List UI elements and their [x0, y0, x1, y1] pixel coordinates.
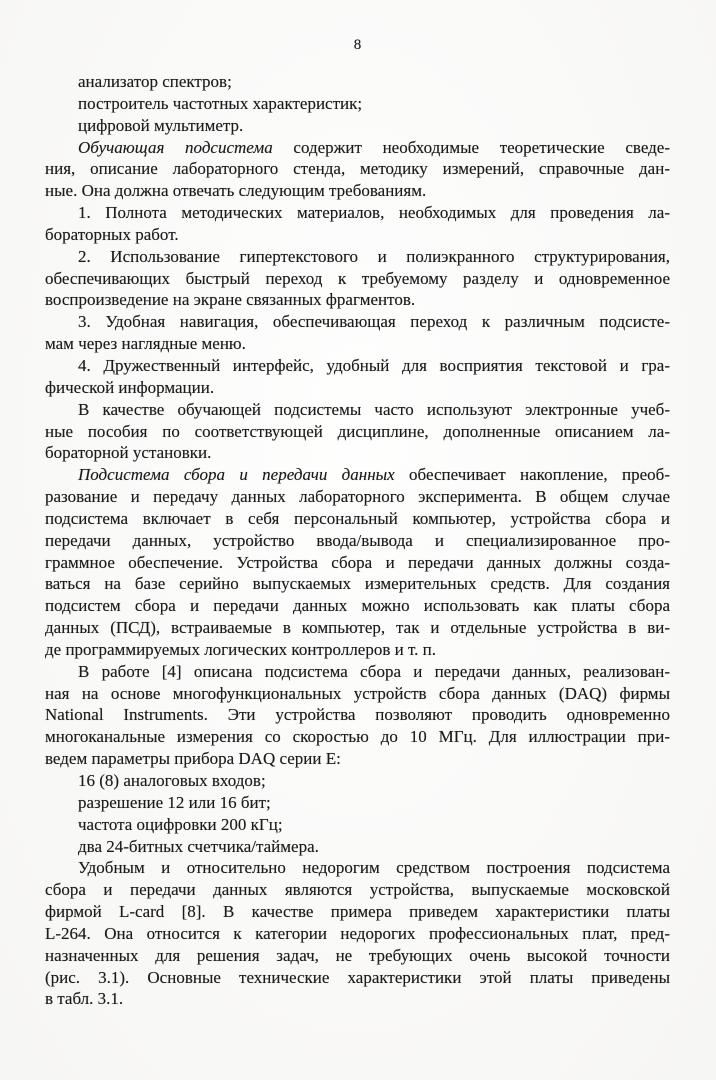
- text-run: 2. Использование гипертекстового и полиэ…: [78, 247, 670, 266]
- text-run: частота оцифровки 200 кГц;: [78, 815, 283, 834]
- text-run: ния, описание лабораторного стенда, мето…: [45, 159, 670, 178]
- text-run: L-264. Она относится к категории недорог…: [45, 924, 670, 943]
- text-line: В работе [4] описана подсистема сбора и …: [45, 661, 670, 683]
- text-run: многоканальные измерения со скоростью до…: [45, 727, 670, 746]
- paragraph: разрешение 12 или 16 бит;: [45, 792, 670, 814]
- paragraph: Обучающая подсистема содержит необходимы…: [45, 137, 670, 203]
- paragraph: построитель частотных характеристик;: [45, 93, 670, 115]
- text-line: фирмой L-card [8]. В качестве примера пр…: [45, 901, 670, 923]
- paragraph: 2. Использование гипертекстового и полиэ…: [45, 246, 670, 312]
- text-line: бораторной установки.: [45, 442, 670, 464]
- text-run: В работе [4] описана подсистема сбора и …: [78, 662, 670, 681]
- paragraph: два 24-битных счетчика/таймера.: [45, 836, 670, 858]
- text-run: сбора и передачи данных являются устройс…: [45, 880, 670, 899]
- text-line: данных (ПСД), встраиваемые в компьютер, …: [45, 617, 670, 639]
- text-run: ные. Она должна отвечать следующим требо…: [45, 181, 426, 200]
- text-line: ная на основе многофункциональных устрой…: [45, 683, 670, 705]
- text-run: (рис. 3.1). Основные технические характе…: [45, 968, 670, 987]
- text-line: ния, описание лабораторного стенда, мето…: [45, 158, 670, 180]
- italic-text-run: Подсистема сбора и передачи данных: [78, 465, 395, 484]
- text-run: подсистем сбора и передачи данных можно …: [45, 596, 670, 615]
- document-body: анализатор спектров;построитель частотны…: [45, 71, 670, 1010]
- text-run: передачи данных, устройство ввода/вывода…: [45, 531, 670, 550]
- paragraph: В работе [4] описана подсистема сбора и …: [45, 661, 670, 770]
- text-line: подсистем сбора и передачи данных можно …: [45, 595, 670, 617]
- text-line: анализатор спектров;: [45, 71, 670, 93]
- text-line: два 24-битных счетчика/таймера.: [45, 836, 670, 858]
- text-line: обеспечивающих быстрый переход к требуем…: [45, 268, 670, 290]
- text-run: обеспечивает накопление, преоб-: [395, 465, 670, 484]
- text-run: обеспечивающих быстрый переход к требуем…: [45, 269, 670, 288]
- text-line: мам через наглядные меню.: [45, 333, 670, 355]
- text-run: 1. Полнота методических материалов, необ…: [78, 203, 670, 222]
- text-run: ваться на базе серийно выпускаемых измер…: [45, 574, 670, 593]
- text-run: фической информации.: [45, 378, 214, 397]
- text-line: ные. Она должна отвечать следующим требо…: [45, 180, 670, 202]
- text-run: граммное обеспечение. Устройства сбора и…: [45, 553, 670, 572]
- text-run: цифровой мультиметр.: [78, 116, 243, 135]
- text-line: в табл. 3.1.: [45, 988, 670, 1010]
- text-line: 2. Использование гипертекстового и полиэ…: [45, 246, 670, 268]
- text-run: 16 (8) аналоговых входов;: [78, 771, 266, 790]
- text-run: В качестве обучающей подсистемы часто ис…: [78, 400, 670, 419]
- paragraph: Удобным и относительно недорогим средств…: [45, 857, 670, 1010]
- text-run: ная на основе многофункциональных устрой…: [45, 684, 670, 703]
- text-run: назначенных для решения задач, не требую…: [45, 946, 670, 965]
- text-run: Удобным и относительно недорогим средств…: [78, 858, 670, 877]
- text-line: фической информации.: [45, 377, 670, 399]
- paragraph: 1. Полнота методических материалов, необ…: [45, 202, 670, 246]
- text-run: в табл. 3.1.: [45, 989, 123, 1008]
- text-line: передачи данных, устройство ввода/вывода…: [45, 530, 670, 552]
- text-line: ваться на базе серийно выпускаемых измер…: [45, 573, 670, 595]
- text-line: ведем параметры прибора DAQ серии Е:: [45, 748, 670, 770]
- text-line: Удобным и относительно недорогим средств…: [45, 857, 670, 879]
- text-line: 1. Полнота методических материалов, необ…: [45, 202, 670, 224]
- text-line: 4. Дружественный интерфейс, удобный для …: [45, 355, 670, 377]
- page-number: 8: [45, 36, 670, 54]
- paragraph: 4. Дружественный интерфейс, удобный для …: [45, 355, 670, 399]
- paragraph: Подсистема сбора и передачи данных обесп…: [45, 464, 670, 661]
- text-line: (рис. 3.1). Основные технические характе…: [45, 967, 670, 989]
- text-run: данных (ПСД), встраиваемые в компьютер, …: [45, 618, 670, 637]
- text-run: National Instruments. Эти устройства поз…: [45, 705, 670, 724]
- text-run: ведем параметры прибора DAQ серии Е:: [45, 749, 341, 768]
- text-run: анализатор спектров;: [78, 72, 232, 91]
- paragraph: 3. Удобная навигация, обеспечивающая пер…: [45, 311, 670, 355]
- document-page: 8 анализатор спектров;построитель частот…: [0, 0, 716, 1080]
- text-line: воспроизведение на экране связанных фраг…: [45, 289, 670, 311]
- text-run: 3. Удобная навигация, обеспечивающая пер…: [78, 312, 670, 331]
- text-run: подсистема включает в себя персональный …: [45, 509, 670, 528]
- text-line: частота оцифровки 200 кГц;: [45, 814, 670, 836]
- text-line: ные пособия по соответствующей дисциплин…: [45, 421, 670, 443]
- text-run: мам через наглядные меню.: [45, 334, 246, 353]
- text-run: фирмой L-card [8]. В качестве примера пр…: [45, 902, 670, 921]
- text-line: L-264. Она относится к категории недорог…: [45, 923, 670, 945]
- paragraph: частота оцифровки 200 кГц;: [45, 814, 670, 836]
- text-line: сбора и передачи данных являются устройс…: [45, 879, 670, 901]
- text-line: граммное обеспечение. Устройства сбора и…: [45, 552, 670, 574]
- text-run: разрешение 12 или 16 бит;: [78, 793, 271, 812]
- text-line: построитель частотных характеристик;: [45, 93, 670, 115]
- text-run: содержит необходимые теоретические сведе…: [273, 138, 670, 157]
- text-run: два 24-битных счетчика/таймера.: [78, 837, 319, 856]
- text-run: ные пособия по соответствующей дисциплин…: [45, 422, 670, 441]
- text-run: воспроизведение на экране связанных фраг…: [45, 290, 415, 309]
- text-line: подсистема включает в себя персональный …: [45, 508, 670, 530]
- text-line: многоканальные измерения со скоростью до…: [45, 726, 670, 748]
- paragraph: анализатор спектров;: [45, 71, 670, 93]
- text-line: назначенных для решения задач, не требую…: [45, 945, 670, 967]
- text-run: де программируемых логических контроллер…: [45, 640, 436, 659]
- paragraph: 16 (8) аналоговых входов;: [45, 770, 670, 792]
- text-run: 4. Дружественный интерфейс, удобный для …: [78, 356, 670, 375]
- text-run: бораторных работ.: [45, 225, 179, 244]
- text-line: 3. Удобная навигация, обеспечивающая пер…: [45, 311, 670, 333]
- italic-text-run: Обучающая подсистема: [78, 138, 273, 157]
- text-line: цифровой мультиметр.: [45, 115, 670, 137]
- paragraph: В качестве обучающей подсистемы часто ис…: [45, 399, 670, 465]
- text-run: разование и передачу данных лабораторног…: [45, 487, 670, 506]
- text-line: Подсистема сбора и передачи данных обесп…: [45, 464, 670, 486]
- text-run: построитель частотных характеристик;: [78, 94, 362, 113]
- text-line: разование и передачу данных лабораторног…: [45, 486, 670, 508]
- text-line: де программируемых логических контроллер…: [45, 639, 670, 661]
- text-line: 16 (8) аналоговых входов;: [45, 770, 670, 792]
- text-line: В качестве обучающей подсистемы часто ис…: [45, 399, 670, 421]
- text-line: Обучающая подсистема содержит необходимы…: [45, 137, 670, 159]
- text-line: разрешение 12 или 16 бит;: [45, 792, 670, 814]
- paragraph: цифровой мультиметр.: [45, 115, 670, 137]
- text-run: бораторной установки.: [45, 443, 211, 462]
- text-line: бораторных работ.: [45, 224, 670, 246]
- text-line: National Instruments. Эти устройства поз…: [45, 704, 670, 726]
